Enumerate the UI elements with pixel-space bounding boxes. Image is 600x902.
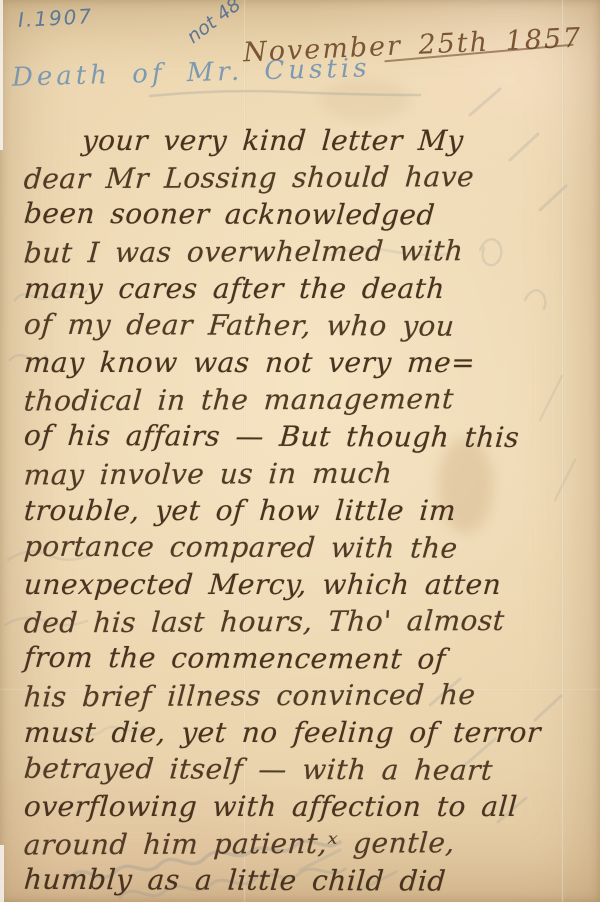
manuscript-line: betrayed itself — with a heart — [23, 750, 588, 789]
paper-stain — [320, 80, 410, 120]
manuscript-line: must die, yet no feeling of terror — [23, 714, 588, 751]
manuscript-line: thodical in the management — [23, 380, 588, 420]
manuscript-line: been sooner acknowledged — [23, 195, 588, 234]
manuscript-line: his brief illness convinced he — [23, 676, 588, 716]
manuscript-line: humbly as a little child did — [23, 861, 588, 900]
manuscript-line: many cares after the death — [23, 270, 588, 307]
manuscript-line: from the commencement of — [23, 639, 588, 678]
manuscript-line: trouble, yet of how little im — [23, 492, 588, 529]
manuscript-line: may involve us in much — [23, 454, 588, 494]
manuscript-line: of my dear Father, who you — [23, 306, 588, 345]
scan-edge-artifact — [0, 845, 4, 902]
manuscript-line: around him patient,ˣ gentle, — [23, 824, 588, 864]
manuscript-line: of his affairs — But though this — [23, 417, 588, 456]
scan-edge-artifact — [0, 0, 3, 150]
letter-body: your very kind letter My dear Mr Lossing… — [24, 122, 586, 899]
manuscript-line: dear Mr Lossing should have — [23, 158, 588, 198]
manuscript-line: may know was not very me= — [23, 344, 588, 381]
scanned-letter-page: { "document": { "archive_number": "I.190… — [0, 0, 600, 902]
manuscript-line: portance compared with the — [23, 528, 588, 567]
manuscript-line: unexpected Mercy, which atten — [23, 566, 588, 603]
manuscript-line: overflowing with affection to all — [23, 788, 588, 825]
manuscript-line: your very kind letter My — [23, 122, 588, 159]
manuscript-line: but I was overwhelmed with — [23, 232, 588, 272]
manuscript-line: ded his last hours, Tho' almost — [23, 602, 588, 642]
archive-number: I.1907 — [17, 4, 93, 32]
